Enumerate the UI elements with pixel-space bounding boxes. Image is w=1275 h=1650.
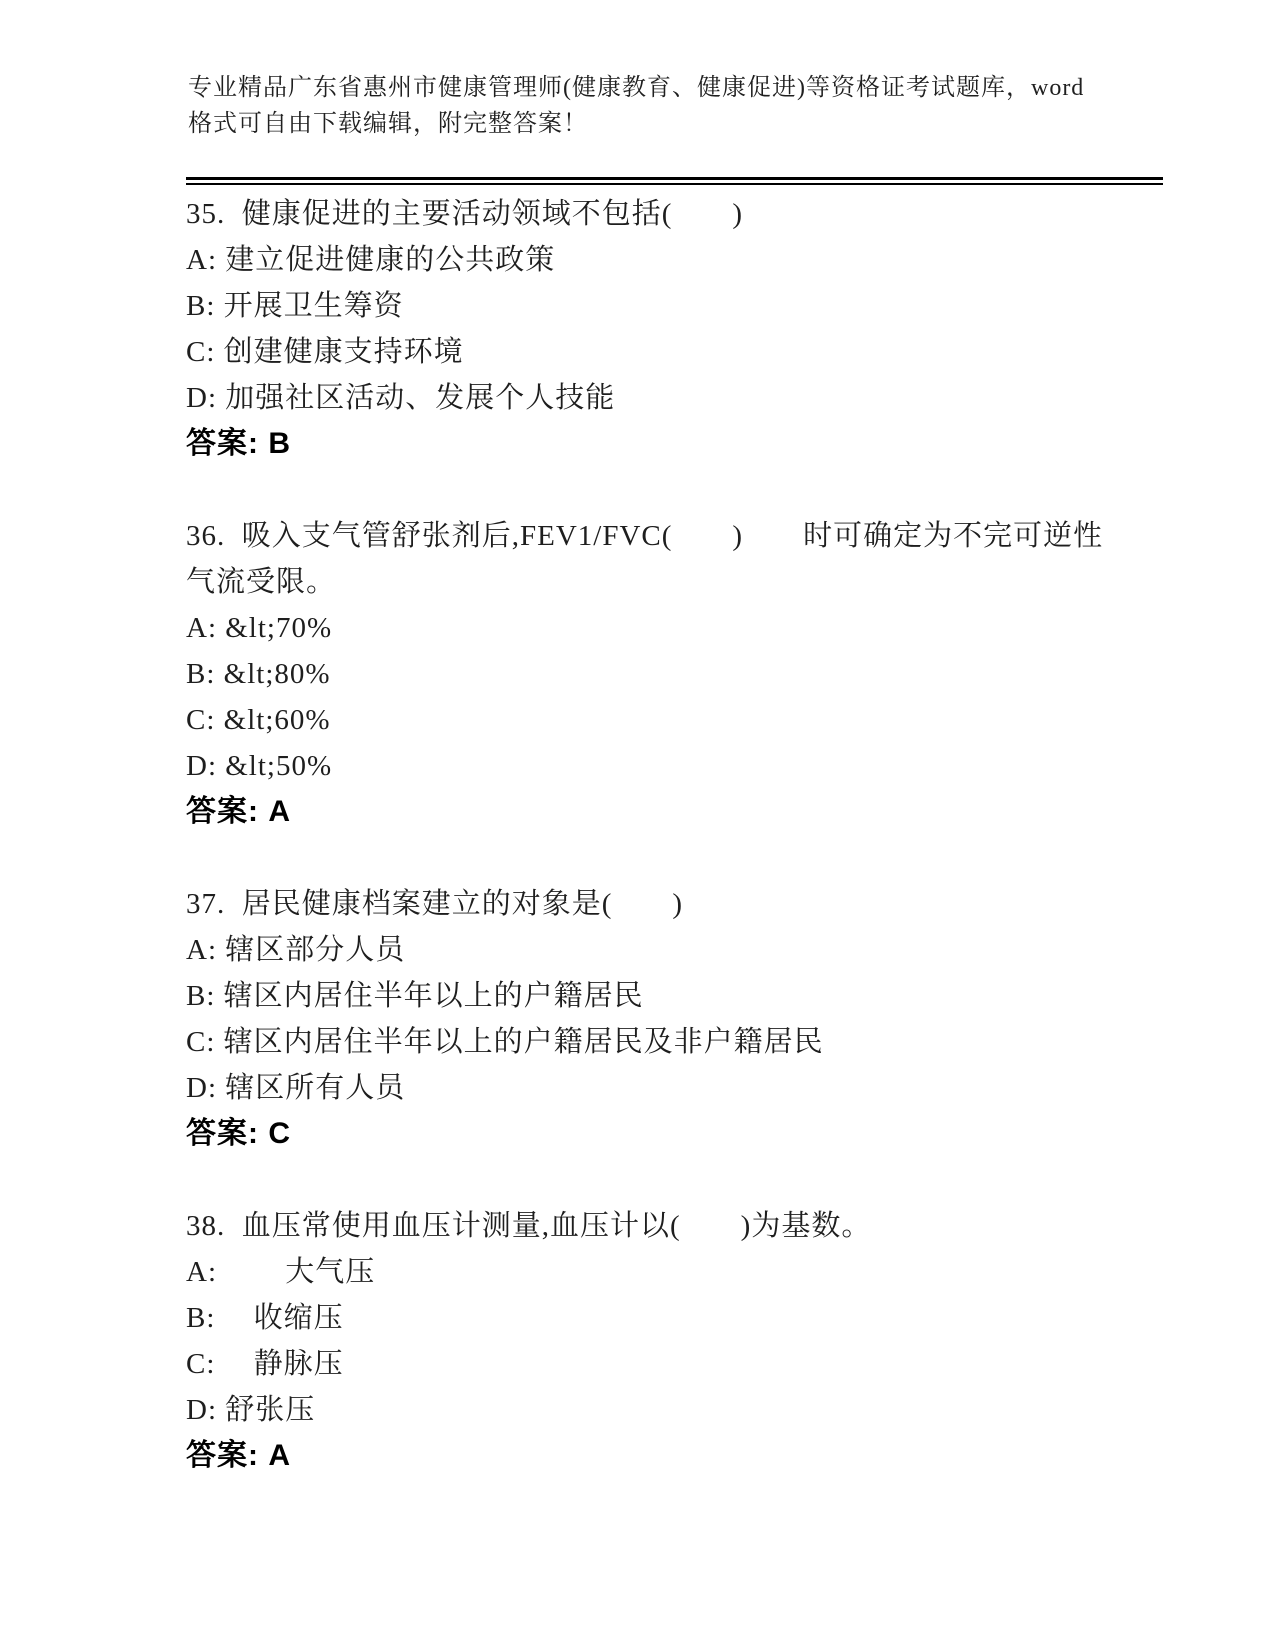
questions-area: 35. 健康促进的主要活动领域不包括( ) A: 建立促进健康的公共政策 B: … (186, 191, 1196, 1479)
question-37-option-d: D: 辖区所有人员 (186, 1065, 1196, 1111)
question-37-answer-line: 答案: C (186, 1111, 1196, 1157)
document-page: 专业精品广东省惠州市健康管理师(健康教育、健康促进)等资格证考试题库，word … (0, 0, 1275, 1650)
question-block-35: 35. 健康促进的主要活动领域不包括( ) A: 建立促进健康的公共政策 B: … (186, 191, 1196, 467)
question-36-option-b: B: &lt;80% (186, 651, 1196, 697)
question-35-option-a: A: 建立促进健康的公共政策 (186, 237, 1196, 283)
answer-value: B (268, 427, 291, 460)
question-35-title: 35. 健康促进的主要活动领域不包括( ) (186, 191, 1196, 237)
question-block-38: 38. 血压常使用血压计测量,血压计以( )为基数。 A: 大气压 B: 收缩压… (186, 1203, 1196, 1479)
answer-label: 答案: (186, 1439, 268, 1472)
question-35-answer-line: 答案: B (186, 421, 1196, 467)
question-block-36: 36. 吸入支气管舒张剂后,FEV1/FVC( ) 时可确定为不完可逆性 气流受… (186, 513, 1196, 835)
question-38-option-c: C: 静脉压 (186, 1341, 1196, 1387)
answer-value: A (268, 1439, 291, 1472)
answer-value: C (268, 1117, 291, 1150)
question-38-title: 38. 血压常使用血压计测量,血压计以( )为基数。 (186, 1203, 1196, 1249)
question-36-title-line-2: 气流受限。 (186, 559, 1196, 605)
question-35-option-b: B: 开展卫生筹资 (186, 283, 1196, 329)
question-37-title: 37. 居民健康档案建立的对象是( ) (186, 881, 1196, 927)
question-38-option-d: D: 舒张压 (186, 1387, 1196, 1433)
question-36-option-a: A: &lt;70% (186, 605, 1196, 651)
answer-label: 答案: (186, 1117, 268, 1150)
question-35-option-c: C: 创建健康支持环境 (186, 329, 1196, 375)
question-38-answer-line: 答案: A (186, 1433, 1196, 1479)
header-line-2: 格式可自由下载编辑，附完整答案！ (188, 106, 1148, 142)
question-36-answer-line: 答案: A (186, 789, 1196, 835)
question-block-37: 37. 居民健康档案建立的对象是( ) A: 辖区部分人员 B: 辖区内居住半年… (186, 881, 1196, 1157)
question-38-option-b: B: 收缩压 (186, 1295, 1196, 1341)
header-divider-rule (186, 177, 1163, 185)
question-36-title-line-1: 36. 吸入支气管舒张剂后,FEV1/FVC( ) 时可确定为不完可逆性 (186, 513, 1196, 559)
answer-label: 答案: (186, 795, 268, 828)
question-37-option-c: C: 辖区内居住半年以上的户籍居民及非户籍居民 (186, 1019, 1196, 1065)
question-37-option-b: B: 辖区内居住半年以上的户籍居民 (186, 973, 1196, 1019)
question-36-option-d: D: &lt;50% (186, 743, 1196, 789)
answer-label: 答案: (186, 427, 268, 460)
question-35-option-d: D: 加强社区活动、发展个人技能 (186, 375, 1196, 421)
question-38-option-a: A: 大气压 (186, 1249, 1196, 1295)
header-line-1: 专业精品广东省惠州市健康管理师(健康教育、健康促进)等资格证考试题库，word (188, 70, 1148, 106)
answer-value: A (268, 795, 291, 828)
question-36-option-c: C: &lt;60% (186, 697, 1196, 743)
question-37-option-a: A: 辖区部分人员 (186, 927, 1196, 973)
document-header: 专业精品广东省惠州市健康管理师(健康教育、健康促进)等资格证考试题库，word … (188, 70, 1148, 142)
